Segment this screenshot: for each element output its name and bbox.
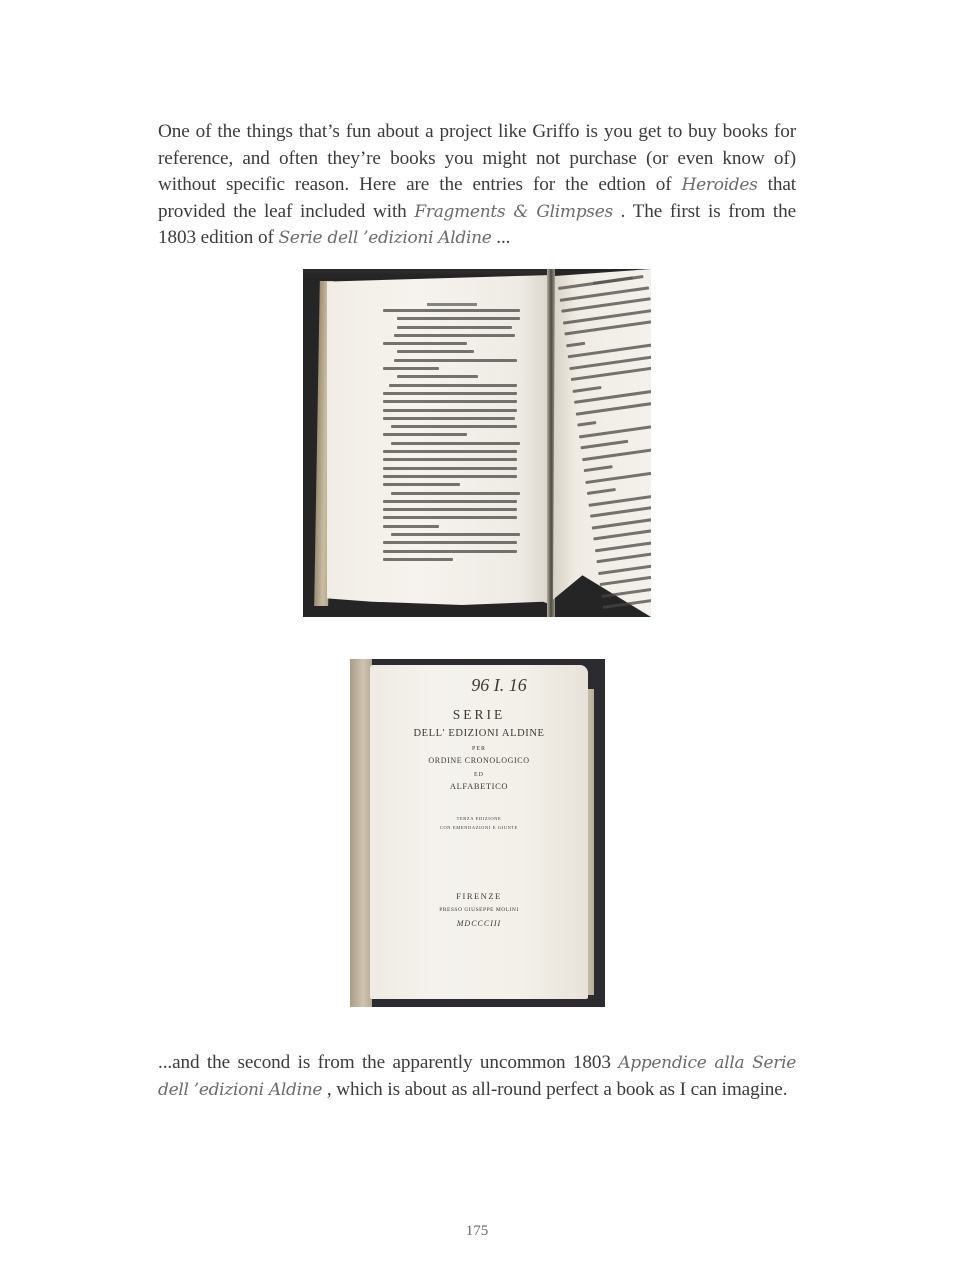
background-shadow [303, 269, 551, 274]
title-line-4: ORDINE CRONOLOGICO [370, 756, 588, 765]
imprint-year: MDCCCIII [370, 919, 588, 928]
title-page-photo: 96 I. 16 SERIE DELL' EDIZIONI ALDINE PER… [350, 659, 605, 1007]
outro-text: , which is about as all-round perfect a … [322, 1079, 787, 1100]
open-book-photo [303, 269, 651, 617]
title-line-5: ED [370, 772, 588, 778]
outro-paragraph: ...and the second is from the apparently… [158, 1050, 796, 1103]
title-line-3: PER [370, 746, 588, 752]
title-heroides: Heroides [682, 175, 758, 195]
book-spine [350, 659, 372, 1007]
title-line-2: DELL' EDIZIONI ALDINE [370, 728, 588, 739]
title-serie-aldine: Serie dell ’edizioni Aldine [278, 228, 491, 248]
title-serie: SERIE [370, 707, 588, 723]
outro-text: ...and the second is from the apparently… [158, 1052, 618, 1073]
left-running-head [427, 303, 477, 306]
page-number: 175 [0, 1223, 954, 1240]
edition-note: CON EMENDAZIONI E GIUNTE [370, 825, 588, 830]
edition-statement: TERZA EDIZIONE [370, 816, 588, 821]
left-page-text-lines [383, 309, 523, 566]
title-fragments-glimpses: Fragments & Glimpses [414, 202, 613, 222]
imprint-city: FIRENZE [370, 891, 588, 901]
imprint-printer: PRESSO GIUSEPPE MOLINI [370, 907, 588, 913]
intro-text: ... [492, 227, 511, 248]
intro-paragraph: One of the things that’s fun about a pro… [158, 119, 796, 252]
title-line-6: ALFABETICO [370, 781, 588, 791]
handwritten-shelfmark: 96 I. 16 [390, 675, 605, 696]
